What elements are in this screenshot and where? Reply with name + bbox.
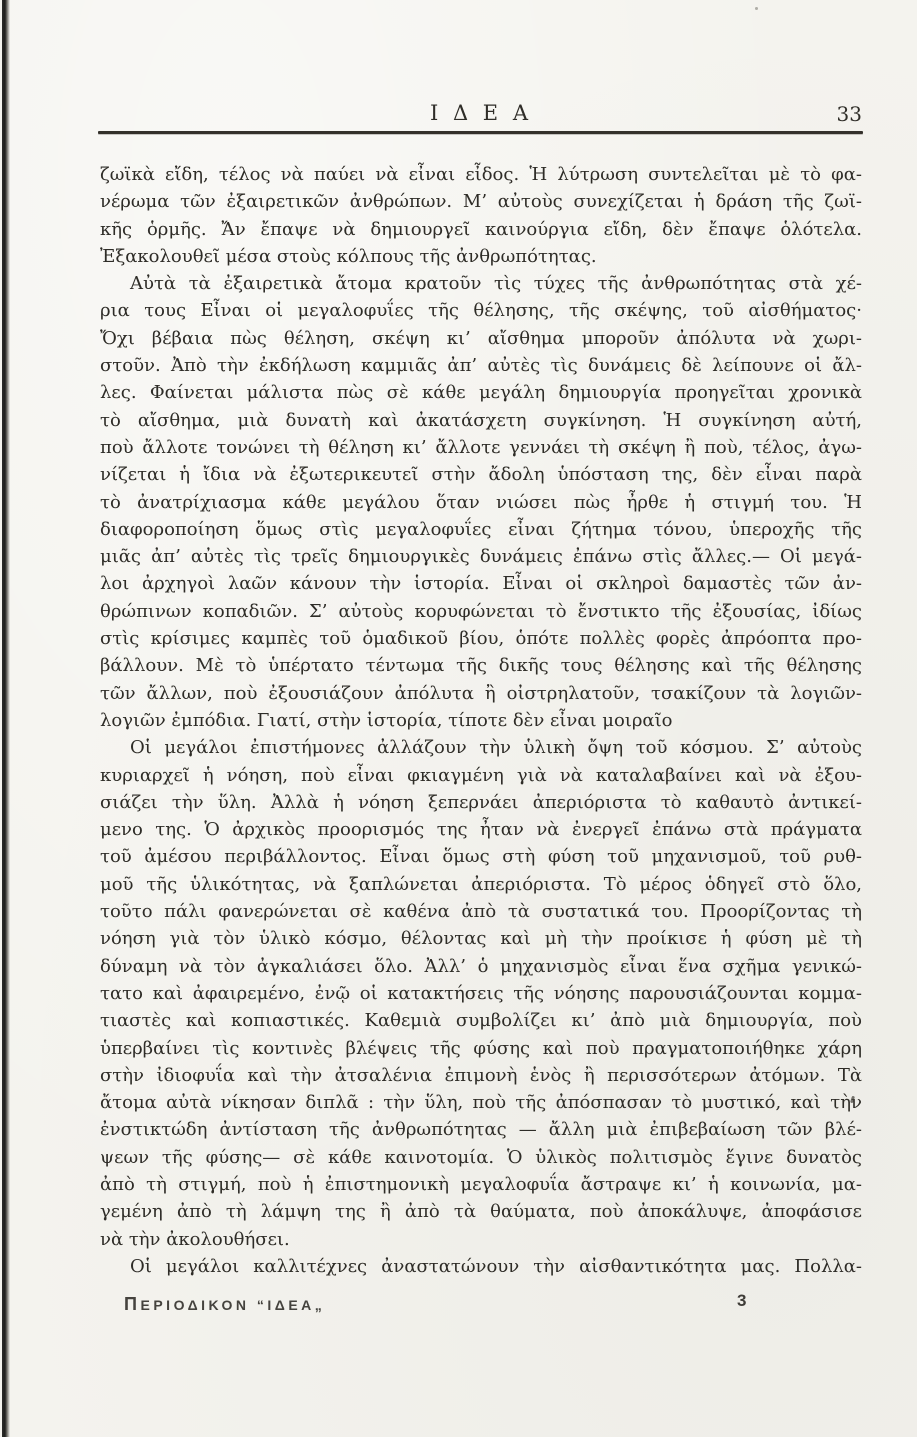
text-line: ρια τους Εἶναι οἱ μεγαλοφυΐες τῆς θέληση… [100,297,862,324]
text-line: τιαστὲς καὶ κοπιαστικές. Καθεμιὰ συμβολί… [100,1007,862,1034]
scan-edge-shadow [0,0,10,1437]
journal-title: Ι Δ Ε Α [100,101,862,125]
text-line: Αὐτὰ τὰ ἐξαιρετικὰ ἄτομα κρατοῦν τὶς τύχ… [100,270,862,297]
text-line: μοῦ τῆς ὑλικότητας, νὰ ξαπλώνεται ἀπεριό… [100,871,862,898]
text-line: Οἱ μεγάλοι καλλιτέχνες ἀναστατώνουν τὴν … [100,1253,862,1280]
text-line: νὰ τὴν ἀκολουθήσει. [100,1226,862,1253]
text-line: μιᾶς ἀπ’ αὐτὲς τὶς τρεῖς δημιουργικὲς δυ… [100,543,862,570]
text-line: μενο της. Ὁ ἀρχικὸς προορισμός της ἦταν … [100,816,862,843]
text-line: ἀπὸ τὴ στιγμή, ποὺ ἡ ἐπιστημονικὴ μεγαλο… [100,1171,862,1198]
text-line: θρώπινων κοπαδιῶν. Σ’ αὐτοὺς κορυφώνεται… [100,598,862,625]
text-line: δύναμη νὰ τὸν ἀγκαλιάσει ὅλο. Ἀλλ’ ὁ μηχ… [100,953,862,980]
text-line: τοῦτο πάλι φανερώνεται σὲ καθένα ἀπὸ τὰ … [100,898,862,925]
text-line: νέρωμα τῶν ἐξαιρετικῶν ἀνθρώπων. Μ’ αὐτο… [100,188,862,215]
text-line: ζωϊκὰ εἴδη, τέλος νὰ παύει νὰ εἶναι εἶδο… [100,161,862,188]
text-line: ἐνστικτώδη ἀντίσταση τῆς ἀνθρωπότητας — … [100,1116,862,1143]
text-line: νίζεται ἡ ἴδια νὰ ἐξωτερικευτεῖ στὴν ἄδο… [100,461,862,488]
text-line: Ὄχι βέβαια πὼς θέληση, σκέψη κι’ αἴσθημα… [100,325,862,352]
text-line: βάλλουν. Μὲ τὸ ὑπέρτατο τέντωμα τῆς δικῆ… [100,652,862,679]
text-line: τοῦ ἀμέσου περιβάλλοντος. Εἶναι ὅμως στὴ… [100,843,862,870]
page-header: Ι Δ Ε Α 33 [100,101,862,131]
text-block: ζωϊκὰ εἴδη, τέλος νὰ παύει νὰ εἶναι εἶδο… [100,161,862,1280]
text-line: γεμένη ἀπὸ τὴ λάμψη της ἢ ἀπὸ τὰ θαύματα… [100,1198,862,1225]
text-line: στὶς κρίσιμες καμπὲς τοῦ ὁμαδικοῦ βίου, … [100,625,862,652]
text-line: Οἱ μεγάλοι ἐπιστήμονες ἀλλάζουν τὴν ὑλικ… [100,734,862,761]
header-rule [98,131,863,134]
text-line: νόηση γιὰ τὸν ὑλικὸ κόσμο, θέλοντας καὶ … [100,925,862,952]
text-line: τατο καὶ ἀφαιρεμένο, ἐνῷ οἱ κατακτήσεις … [100,980,862,1007]
text-line: ποὺ ἄλλοτε τονώνει τὴ θέληση κι’ ἄλλοτε … [100,434,862,461]
text-line: ψεων τῆς φύσης— σὲ κάθε καινοτομία. Ὁ ὑλ… [100,1144,862,1171]
text-line: κυριαρχεῖ ἡ νόηση, ποὺ εἶναι φκιαγμένη γ… [100,762,862,789]
scan-artifact [755,7,758,10]
text-line: ὑπερβαίνει τὶς κοντινὲς βλέψεις τῆς φύση… [100,1035,862,1062]
text-line: τὸ ἀνατρίχιασμα κάθε μεγάλου ὅταν νιώσει… [100,489,862,516]
text-line: λογιῶν ἐμπόδια. Γιατί, στὴν ἱστορία, τίπ… [100,707,862,734]
text-line: στὴν ἰδιοφυΐα καὶ τὴν ἀτσαλένια ἐπιμονὴ … [100,1062,862,1089]
text-line: Ἐξακολουθεῖ μέσα στοὺς κόλπους τῆς ἀνθρω… [100,243,862,270]
text-line: τῶν ἄλλων, ποὺ ἐξουσιάζουν ἀπόλυτα ἢ οἰσ… [100,680,862,707]
text-line: λοι ἀρχηγοὶ λαῶν κάνουν τὴν ἱστορία. Εἶν… [100,570,862,597]
text-line: τὸ αἴσθημα, μιὰ δυνατὴ καὶ ἀκατάσχετη συ… [100,407,862,434]
text-line: ἄτομα αὐτὰ νίκησαν διπλᾶ : τὴν ὕλη, ποὺ … [100,1089,862,1116]
scanned-page: Ι Δ Ε Α 33 ζωϊκὰ εἴδη, τέλος νὰ παύει νὰ… [0,0,917,1437]
text-line: λες. Φαίνεται μάλιστα πὼς σὲ κάθε μεγάλη… [100,379,862,406]
text-line: στοῦν. Ἀπὸ τὴν ἐκδήλωση καμμιᾶς ἀπ’ αὐτὲ… [100,352,862,379]
footer-signature-number: 3 [737,1291,746,1311]
text-line: κῆς ὁρμῆς. Ἄν ἔπαψε νὰ δημιουργεῖ καινού… [100,216,862,243]
page-number: 33 [837,102,862,126]
text-line: διαφοροποίηση ὅμως στὶς μεγαλοφυΐες εἶνα… [100,516,862,543]
text-line: σιάζει τὴν ὕλη. Ἀλλὰ ἡ νόηση ξεπερνάει ἀ… [100,789,862,816]
footer-imprint: ΠΕΡΙΟΔΙΚΟΝ “ΙΔΕΑ„ [124,1294,325,1315]
